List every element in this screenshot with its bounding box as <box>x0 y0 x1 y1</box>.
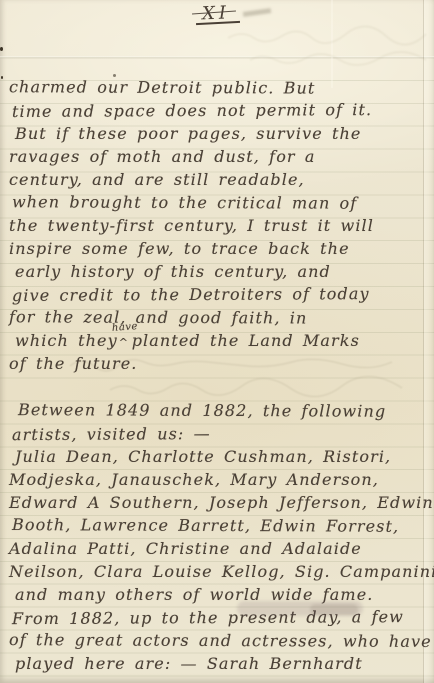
page-number: XI <box>194 3 246 27</box>
handwritten-line: Adalina Patti, Christine and Adalaide <box>9 537 434 560</box>
handwritten-line: Edward A Southern, Joseph Jefferson, Edw… <box>9 491 434 514</box>
caret-insertion: have^ <box>118 329 132 352</box>
handwritten-line: early history of this century, and <box>15 260 374 283</box>
handwritten-line: when brought to the critical man of <box>12 190 374 215</box>
fold-crease-horizontal <box>0 56 434 59</box>
handwritten-line: century, and are still readable, <box>9 168 374 191</box>
handwritten-line: From 1882, up to the present day, a few <box>12 605 434 630</box>
caret-mark-icon: ^ <box>119 337 129 348</box>
handwritten-line: charmed our Detroit public. But <box>9 75 374 100</box>
handwritten-line: Neilson, Clara Louise Kellog, Sig. Campa… <box>9 560 434 583</box>
paragraph-2: Between 1849 and 1882, the following art… <box>9 399 434 675</box>
bleed-through-marks <box>220 20 434 70</box>
handwritten-line: Julia Dean, Charlotte Cushman, Ristori, <box>15 445 434 468</box>
faded-stamp-mark <box>310 604 358 615</box>
handwritten-line: time and space does not permit of it. <box>12 98 374 123</box>
ink-speck <box>0 47 3 51</box>
handwritten-line: ravages of moth and dust, for a <box>9 145 374 168</box>
handwritten-line: Between 1849 and 1882, the following <box>18 398 434 423</box>
handwritten-line: played here are: — Sarah Bernhardt <box>15 652 434 675</box>
handwritten-line: the twenty-first century, I trust it wil… <box>9 214 374 237</box>
handwritten-line: of the future. <box>9 352 374 375</box>
insertion-line-before: which they <box>15 331 118 350</box>
handwritten-line: for the zeal, and good faith, in <box>9 305 374 330</box>
handwritten-line: artists, visited us: — <box>12 421 434 446</box>
pencil-smudge <box>243 8 271 17</box>
handwritten-line: But if these poor pages, survive the <box>15 122 374 145</box>
insertion-line-after: planted the Land Marks <box>132 331 360 350</box>
handwritten-line: Modjeska, Janauschek, Mary Anderson, <box>9 468 434 491</box>
manuscript-page: XI charmed our Detroit public. But time … <box>0 0 434 683</box>
paragraph-1: charmed our Detroit public. But time and… <box>9 76 374 375</box>
handwritten-line: of the great actors and actresses, who h… <box>9 628 434 653</box>
handwritten-line-with-insertion: which theyhave^planted the Land Marks <box>15 329 374 352</box>
fold-crease-vertical-top <box>331 0 333 88</box>
ink-speck <box>1 76 3 79</box>
handwritten-line: give credit to the Detroiters of today <box>12 282 374 307</box>
handwritten-line: inspire some few, to trace back the <box>9 237 374 260</box>
inserted-word: have <box>111 322 138 334</box>
handwritten-line: and many others of world wide fame. <box>15 583 434 606</box>
handwritten-line: Booth, Lawrence Barrett, Edwin Forrest, <box>12 513 434 538</box>
